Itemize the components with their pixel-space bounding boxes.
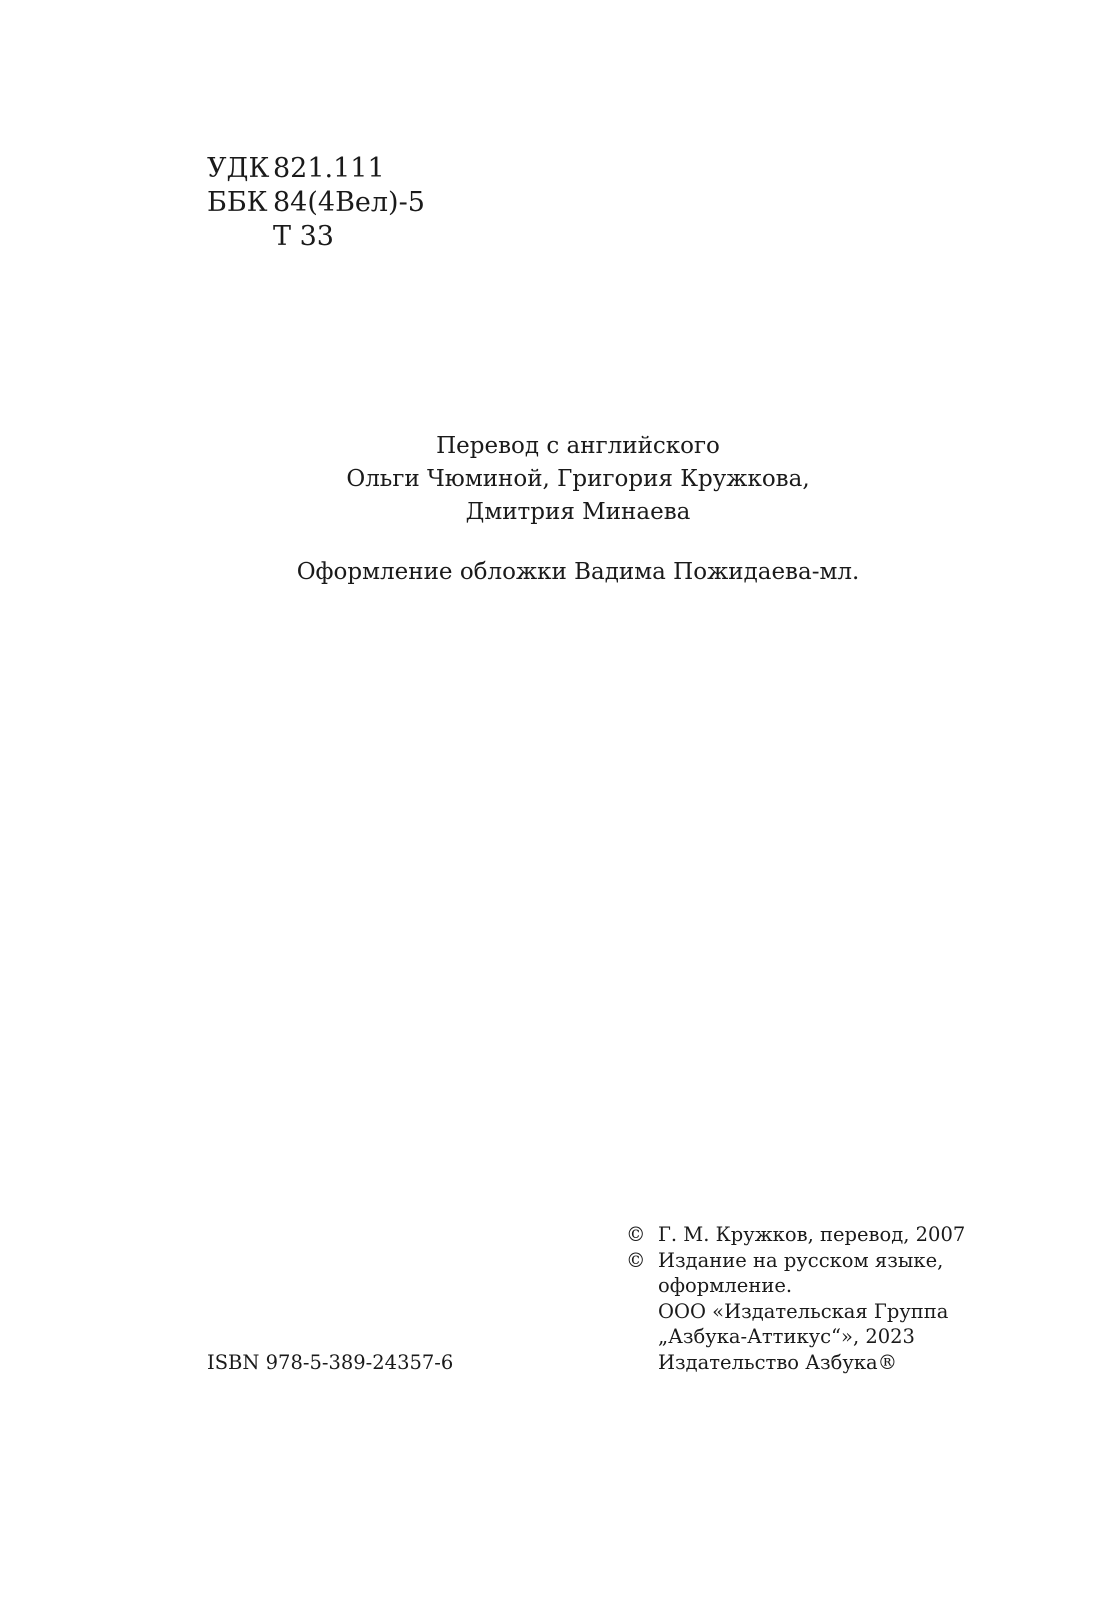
translation-line: Ольги Чюминой, Григория Кружкова, [0, 463, 1100, 496]
bbk-row: ББК 84(4Вел)-5 [207, 186, 425, 220]
translation-line: Перевод с английского [0, 430, 1100, 463]
udk-row: УДК 821.111 [207, 152, 425, 186]
classification-block: УДК 821.111 ББК 84(4Вел)-5 Т 33 [207, 152, 425, 254]
copyright-block: © Г. М. Кружков, перевод, 2007 © Издание… [626, 1222, 965, 1375]
bbk-value: 84(4Вел)-5 [273, 186, 425, 220]
copyright-icon: © [626, 1222, 658, 1248]
copyright-line: Г. М. Кружков, перевод, 2007 [658, 1222, 965, 1248]
bbk-label: ББК [207, 186, 273, 220]
copyright-entry: © Издание на русском языке, оформление. … [626, 1248, 965, 1376]
copyright-line: Издание на русском языке, [658, 1248, 948, 1274]
copyright-line: Издательство Азбука® [658, 1350, 948, 1376]
udk-value: 821.111 [273, 152, 385, 186]
copyright-line: „Азбука-Аттикус“», 2023 [658, 1324, 948, 1350]
copyright-line: оформление. [658, 1273, 948, 1299]
copyright-icon: © [626, 1248, 658, 1376]
translation-credits: Перевод с английского Ольги Чюминой, Гри… [0, 430, 1100, 529]
author-mark-row: Т 33 [207, 220, 425, 254]
copyright-line: ООО «Издательская Группа [658, 1299, 948, 1325]
translation-line: Дмитрия Минаева [0, 496, 1100, 529]
udk-label: УДК [207, 152, 273, 186]
cover-design-credit: Оформление обложки Вадима Пожидаева-мл. [0, 556, 1100, 589]
author-mark: Т 33 [273, 220, 334, 254]
copyright-page: УДК 821.111 ББК 84(4Вел)-5 Т 33 Перевод … [0, 0, 1100, 1603]
copyright-entry: © Г. М. Кружков, перевод, 2007 [626, 1222, 965, 1248]
isbn: ISBN 978-5-389-24357-6 [207, 1350, 453, 1376]
